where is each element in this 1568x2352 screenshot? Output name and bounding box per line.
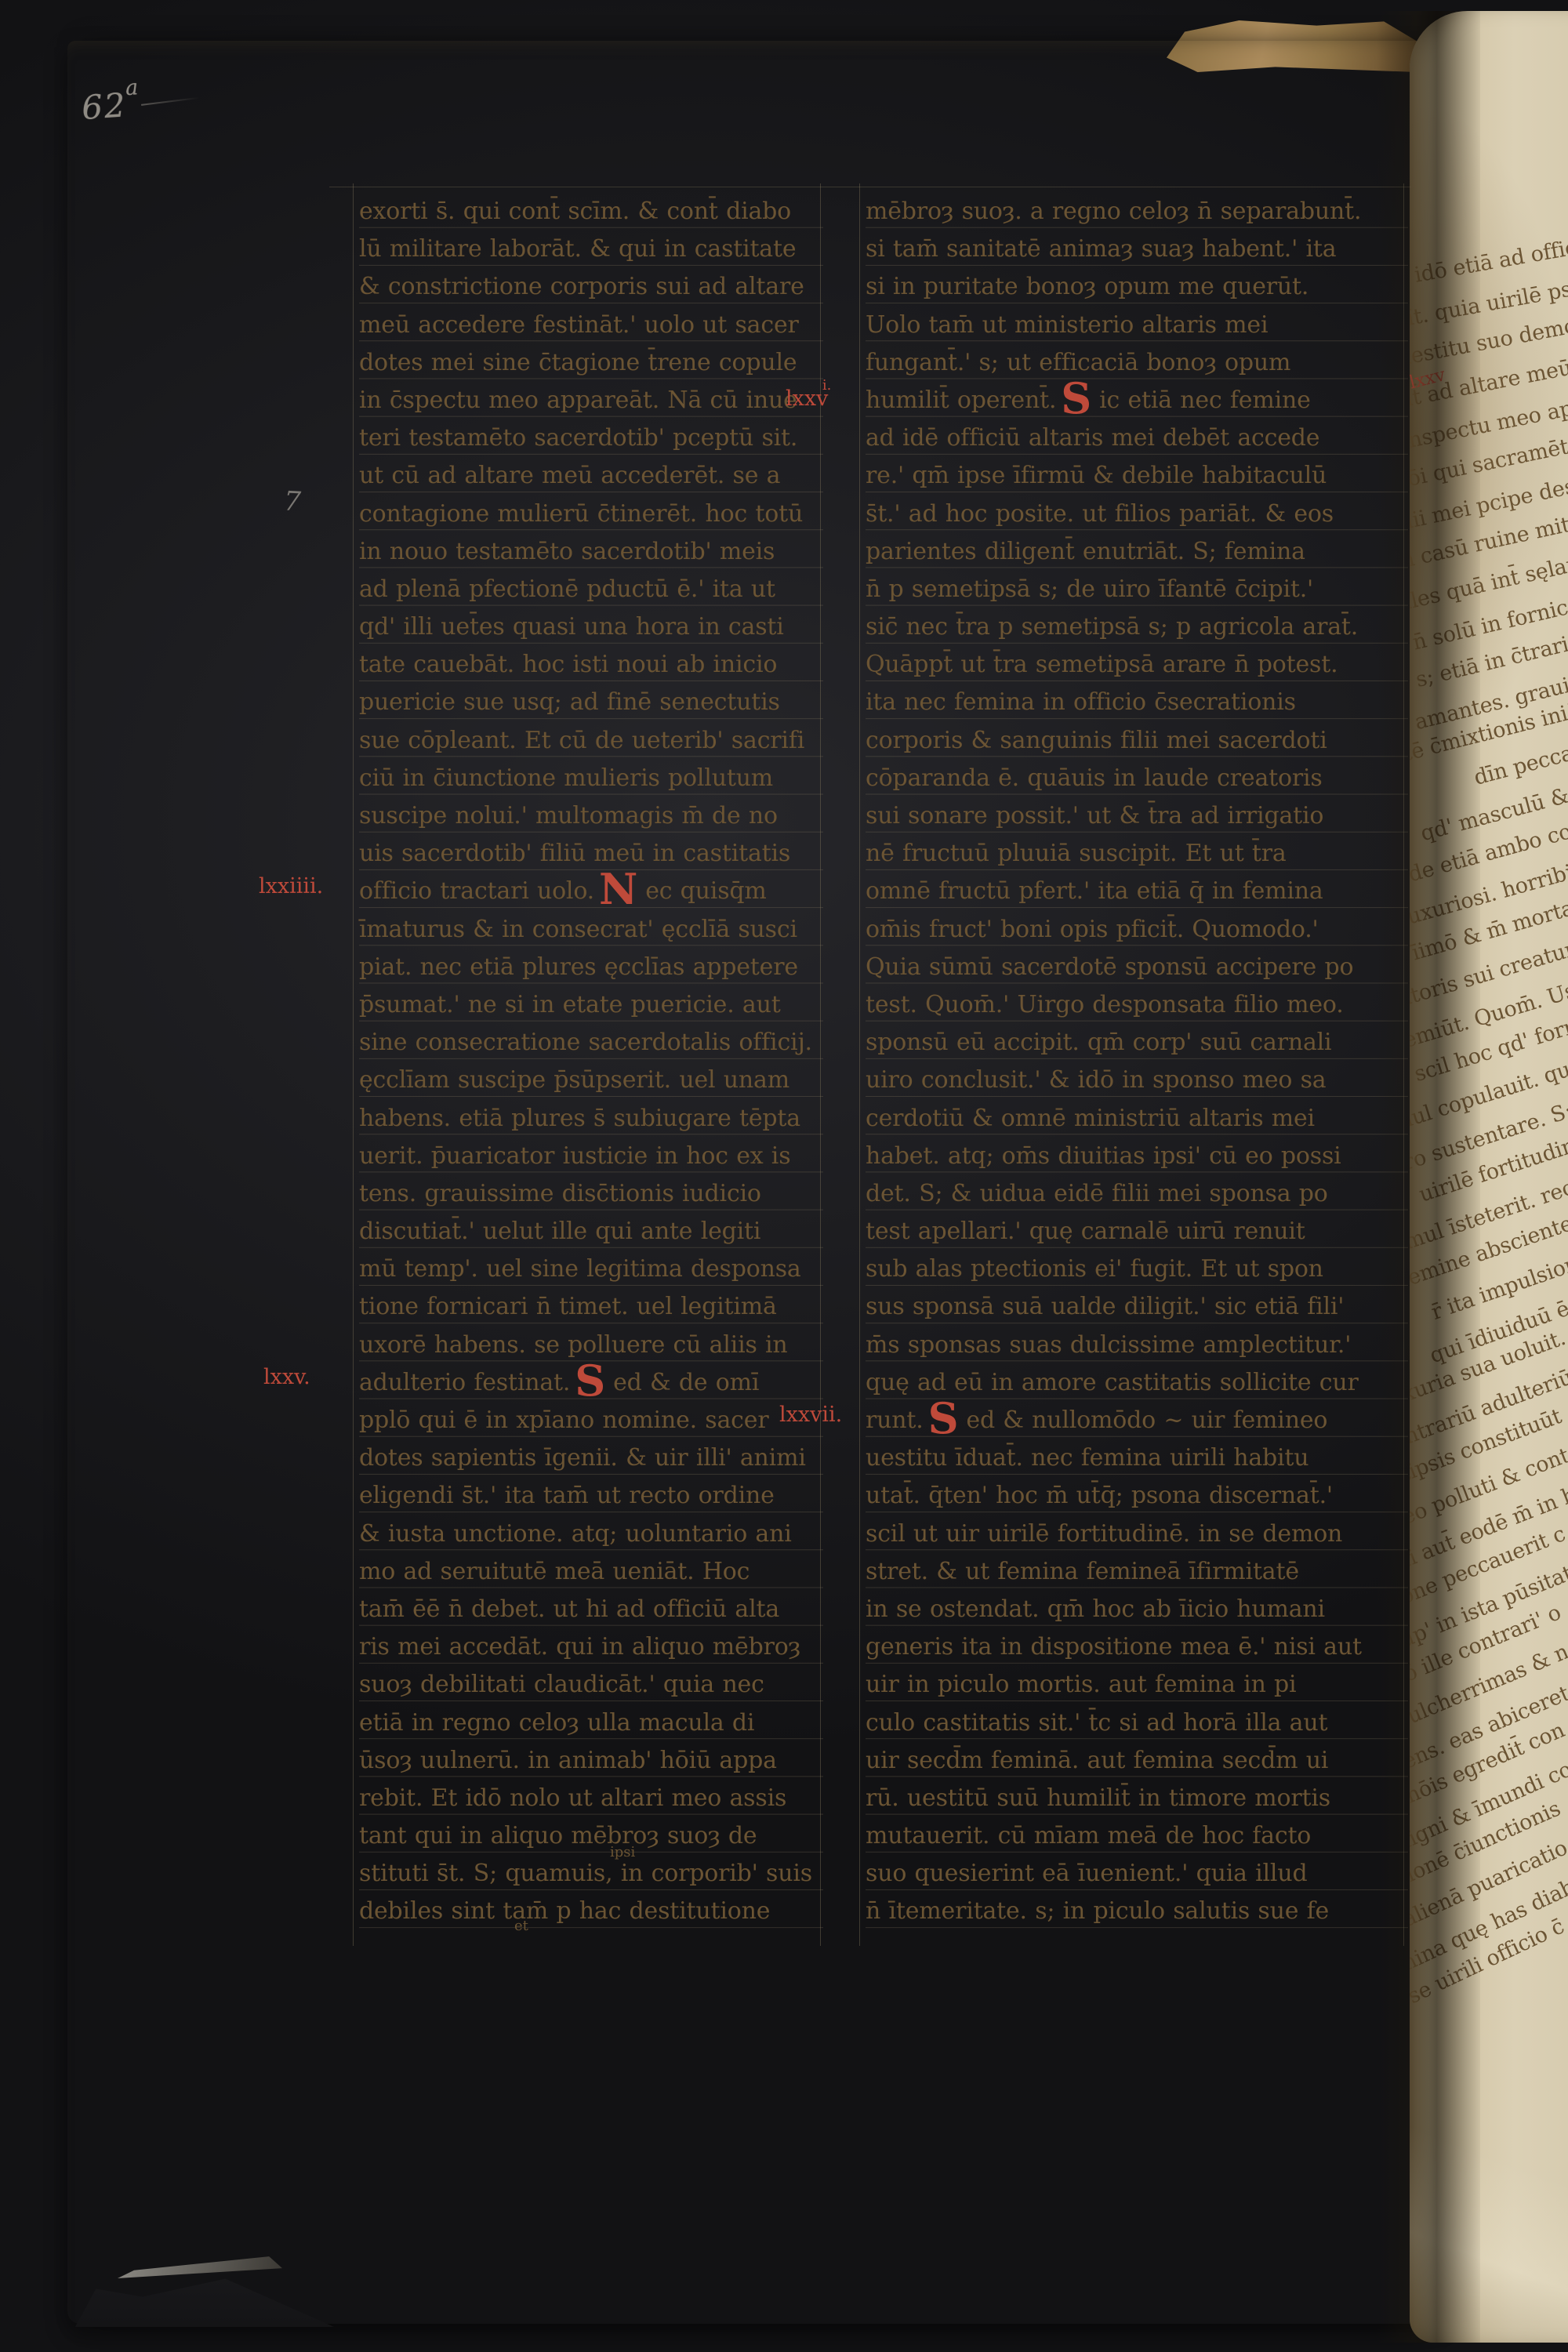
- text-column-right: mēbroȝ suoȝ. a regno celoȝ n̄ separabunt…: [866, 193, 1408, 1931]
- text-line: in c̄spectu meo appareāt. Nā cū inue: [359, 382, 823, 419]
- margin-pencil-mark: 7: [283, 485, 302, 517]
- text-line: contagione mulierū c̄tinerēt. hoc totū: [359, 495, 823, 533]
- text-line: n̄ ītemeritate. s; in piculo salutis sue…: [866, 1893, 1408, 1930]
- text-line: om̄is fruct' boni opis pficit̄. Quomodo.…: [866, 911, 1408, 949]
- text-line: officio tractari uolo.Nec quisq̄m: [359, 873, 823, 910]
- ruling-line: [329, 187, 1411, 187]
- text-line: uerit. p̄uaricator iusticie in hoc ex is: [359, 1138, 823, 1175]
- interlinear-correction: et: [514, 1918, 528, 1934]
- text-line: test apellari.' quę carnalē uirū renuit: [866, 1213, 1408, 1250]
- text-line: si in puritate bonoȝ opum me querūt.: [866, 268, 1408, 306]
- text-line: sponsū eū accipit. qm̄ corp' suū carnali: [866, 1024, 1408, 1062]
- text-line: sub alas ptectionis ei' fugit. Et ut spo…: [866, 1250, 1408, 1288]
- text-line: sue cōpleant. Et cū de ueterib' sacrifi: [359, 722, 823, 760]
- text-line: runt.Sed & nullomōdo ~ uir femineo: [866, 1402, 1408, 1439]
- text-line: tens. grauissime disc̄tionis iudicio: [359, 1175, 823, 1213]
- text-segment: ic etiā nec femine: [1099, 387, 1311, 414]
- ruling-line: [859, 183, 860, 1946]
- folio-number-digits: 62: [80, 85, 128, 127]
- text-line: sui sonare possit.' ut & t̄ra ad irrigat…: [866, 797, 1408, 835]
- text-line: culo castitatis sit.' t̄c si ad horā ill…: [866, 1704, 1408, 1742]
- text-line: ris mei accedāt. qui in aliquo mēbroȝ: [359, 1628, 823, 1666]
- text-line: suo quesierint eā īuenient.' quia illud: [866, 1855, 1408, 1893]
- text-segment: adulterio festinat.: [359, 1369, 570, 1396]
- text-line: stituti s̄t. S; quamuis, in corporib' su…: [359, 1855, 823, 1893]
- text-line: det. S; & uidua eidē filii mei sponsa po: [866, 1175, 1408, 1213]
- text-line: cerdotiū & omnē ministriū altaris mei: [866, 1100, 1408, 1138]
- manuscript-page-next: s̄. quit̄. idō etiā ad officiū m̄hīt. qu…: [1410, 11, 1568, 2343]
- text-line: s̄t.' ad hoc posite. ut filios pariāt. &…: [866, 495, 1408, 533]
- rubricated-initial: S: [928, 1393, 959, 1443]
- text-line: sus sponsā suā ualde diligit.' sic etiā …: [866, 1288, 1408, 1326]
- text-line: corporis & sanguinis filii mei sacerdoti: [866, 722, 1408, 760]
- text-line: uestitu īduat̄. nec femina uirili habitu: [866, 1439, 1408, 1477]
- text-line: si tam̄ sanitatē animaȝ suaȝ habent.' it…: [866, 230, 1408, 268]
- ruling-line: [353, 183, 354, 1946]
- text-line: rebit. Et idō nolo ut altari meo assis: [359, 1780, 823, 1817]
- text-line: meū accedere festināt.' uolo ut sacer: [359, 307, 823, 344]
- text-line: stret. & ut femina femineā īfirmitatē: [866, 1553, 1408, 1591]
- text-line: tate cauebāt. hoc isti noui ab inicio: [359, 646, 823, 684]
- text-line: suoȝ debilitati claudicāt.' quia nec: [359, 1666, 823, 1704]
- text-line: p̄sumat.' ne si in etate puericie. aut: [359, 986, 823, 1024]
- page-fore-edge-sheen: [1410, 2005, 1568, 2343]
- text-line: lū militare laborāt. & qui in castitate: [359, 230, 823, 268]
- text-line: generis ita in dispositione mea ē.' nisi…: [866, 1628, 1408, 1666]
- text-line: mū temp'. uel sine legitima desponsa: [359, 1250, 823, 1288]
- text-line: ad idē officiū altaris mei debēt accede: [866, 419, 1408, 457]
- text-line: scil ut uir uirilē fortitudinē. in se de…: [866, 1515, 1408, 1553]
- text-line: & constrictione corporis sui ad altare: [359, 268, 823, 306]
- text-line: mutauerit. cū mīam meā de hoc facto: [866, 1817, 1408, 1855]
- text-line: suscipe nolui.' multomagis m̄ de no: [359, 797, 823, 835]
- text-column-left: exorti s̄. qui cont̄ scīm. & cont̄ diabo…: [359, 193, 823, 1931]
- text-line: īmaturus & in consecrat' ęcclīā susci: [359, 911, 823, 949]
- rubricated-initial: S: [575, 1356, 605, 1406]
- text-line: tione fornicari n̄ timet. uel legitimā: [359, 1288, 823, 1326]
- text-line: dotes mei sine c̄tagione t̄rene copule: [359, 344, 823, 382]
- text-segment: ed & nullomōdo ~ uir femineo: [966, 1406, 1327, 1434]
- chapter-number: lxxv.: [263, 1366, 310, 1389]
- chapter-number-superscript: i.: [822, 374, 831, 397]
- interlinear-correction: ipsi: [610, 1844, 635, 1860]
- text-line: discutiat̄.' uelut ille qui ante legiti: [359, 1213, 823, 1250]
- text-line: nē fructuū pluuiā suscipit. Et ut t̄ra: [866, 835, 1408, 873]
- text-line: ita nec femina in officio c̄secrationis: [866, 684, 1408, 721]
- text-line: mēbroȝ suoȝ. a regno celoȝ n̄ separabunt…: [866, 193, 1408, 230]
- text-line: uiro conclusit.' & idō in sponso meo sa: [866, 1062, 1408, 1099]
- text-line: Quia sūmū sacerdotē sponsū accipere po: [866, 949, 1408, 986]
- text-line: sic̄ nec t̄ra p semetipsā s; p agricola …: [866, 608, 1408, 646]
- pencil-swash: [141, 97, 199, 106]
- text-line: exorti s̄. qui cont̄ scīm. & cont̄ diabo: [359, 193, 823, 230]
- text-line: n̄ p semetipsā s; de uiro īfantē c̄cipit…: [866, 571, 1408, 608]
- text-segment: ed & de omī: [613, 1369, 759, 1396]
- text-line: ut cū ad altare meū accederēt. se a: [359, 457, 823, 495]
- text-line: parientes diligent̄ enutriāt. S; femina: [866, 533, 1408, 571]
- text-line: teri testamēto sacerdotib' pceptū sit.: [359, 419, 823, 457]
- chapter-number: lxxiiii.: [259, 875, 323, 898]
- text-line: puericie sue usq; ad finē senectutis: [359, 684, 823, 721]
- text-line: sine consecratione sacerdotalis officij.: [359, 1024, 823, 1062]
- text-line: Uolo tam̄ ut ministerio altaris mei: [866, 307, 1408, 344]
- text-line: fungant̄.' s; ut efficaciā bonoȝ opum: [866, 344, 1408, 382]
- rubricated-initial: N: [599, 864, 637, 914]
- text-line: etiā in regno celoȝ ulla macula di: [359, 1704, 823, 1742]
- text-line: debiles sint tam̄ p hac destitutione: [359, 1893, 823, 1930]
- text-line: re.' qm̄ ipse īfirmū & debile habitaculū: [866, 457, 1408, 495]
- text-line: ūsoȝ uulnerū. in animab' hōiū appa: [359, 1742, 823, 1780]
- text-line: adulterio festinat.Sed & de omī: [359, 1364, 823, 1402]
- text-segment: humilit̄ operent̄.: [866, 387, 1056, 414]
- chapter-number: lxxvi.: [786, 387, 828, 411]
- text-line: test. Quom̄.' Uirgo desponsata filio meo…: [866, 986, 1408, 1024]
- folio-number: 62a: [80, 81, 200, 127]
- rubricated-initial: S: [1061, 373, 1091, 423]
- text-line: dotes sapientis īgenii. & uir illi' anim…: [359, 1439, 823, 1477]
- text-line: in se ostendat. qm̄ hoc ab īicio humani: [866, 1591, 1408, 1628]
- text-segment: officio tractari uolo.: [359, 877, 594, 905]
- text-line: eligendi s̄t.' ita tam̄ ut recto ordine: [359, 1477, 823, 1515]
- chapter-number: lxxvii.: [779, 1403, 842, 1427]
- photo-background: s̄. quit̄. idō etiā ad officiū m̄hīt. qu…: [0, 0, 1568, 2352]
- text-line: mo ad seruitutē meā ueniāt. Hoc: [359, 1553, 823, 1591]
- text-line: uir in piculo mortis. aut femina in pi: [866, 1666, 1408, 1704]
- text-line: & iusta unctione. atq; uoluntario ani: [359, 1515, 823, 1553]
- text-line: habens. etiā plures s̄ subiugare tēpta: [359, 1100, 823, 1138]
- text-line: ciū in c̄iunctione mulieris pollutum: [359, 760, 823, 797]
- text-line: habet. atq; om̄s diuitias ipsi' cū eo po…: [866, 1138, 1408, 1175]
- text-segment: runt.: [866, 1406, 924, 1434]
- text-line: tant qui in aliquo mēbroȝ suoȝ de: [359, 1817, 823, 1855]
- text-line: uis sacerdotib' filiū meū in castitatis: [359, 835, 823, 873]
- text-line: tam̄ ēē n̄ debet. ut hi ad officiū alta: [359, 1591, 823, 1628]
- folio-number-suffix: a: [125, 75, 140, 100]
- text-line: cōparanda ē. quāuis in laude creatoris: [866, 760, 1408, 797]
- text-line: ad plenā pfectionē pductū ē.' ita ut: [359, 571, 823, 608]
- text-line: m̄s sponsas suas dulcissime amplectitur.…: [866, 1327, 1408, 1364]
- text-line: piat. nec etiā plures ęcclīas appetere: [359, 949, 823, 986]
- text-line: pplō qui ē in xpīano nomine. sacer: [359, 1402, 823, 1439]
- text-line: Quāppt̄ ut t̄ra semetipsā arare n̄ potes…: [866, 646, 1408, 684]
- text-line: utat̄. q̄ten' hoc m̄ ut̄q̄; psona discer…: [866, 1477, 1408, 1515]
- text-line: omnē fructū pfert.' ita etiā q̄ in femin…: [866, 873, 1408, 910]
- text-line: uir secd̄m feminā. aut femina secd̄m ui: [866, 1742, 1408, 1780]
- text-segment: ec quisq̄m: [645, 877, 766, 905]
- text-line: ęcclīam suscipe p̄sūpserit. uel unam: [359, 1062, 823, 1099]
- text-line: in nouo testamēto sacerdotib' meis: [359, 533, 823, 571]
- text-line: humilit̄ operent̄.Sic etiā nec femine: [866, 382, 1408, 419]
- text-line: qd' illi uet̄es quasi una hora in casti: [359, 608, 823, 646]
- text-line: rū. uestitū suū humilit̄ in timore morti…: [866, 1780, 1408, 1817]
